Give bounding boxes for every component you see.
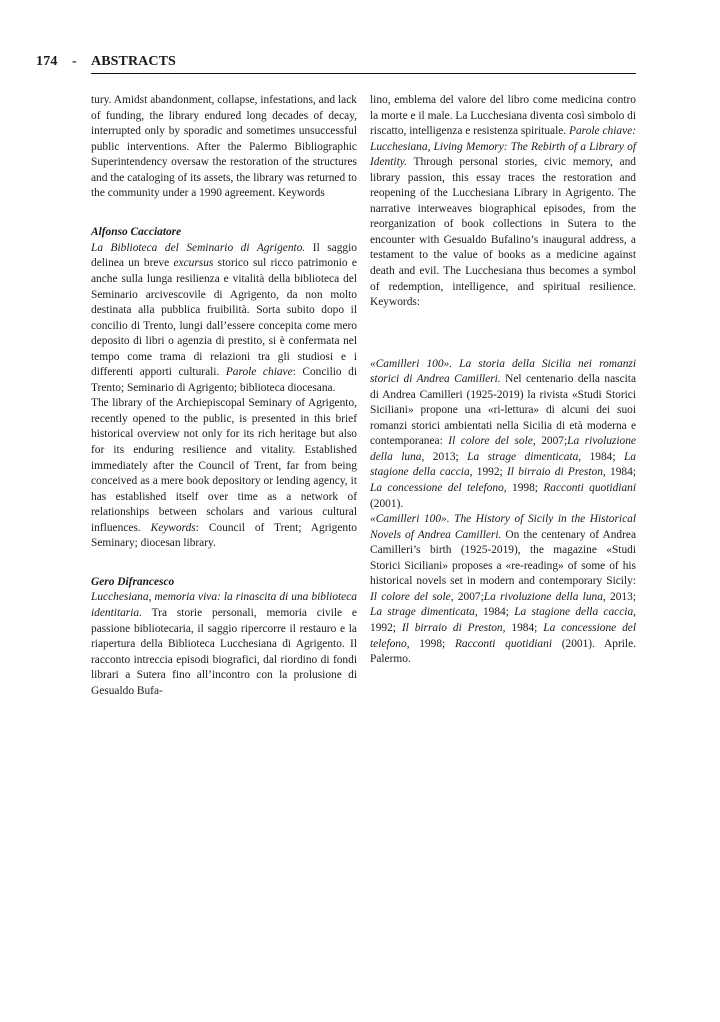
- continuation-paragraph: tury. Amidst abandonment, collapse, infe…: [91, 93, 357, 202]
- work-title: La strage dimenticata: [370, 606, 475, 618]
- author-cacciatore: Alfonso Cacciatore: [91, 226, 181, 238]
- work-year: , 2013;: [603, 591, 636, 603]
- author-name: Gero Difrancesco: [91, 575, 357, 591]
- keywords-label: Parole chiave: [226, 366, 293, 378]
- right-column: lino, emblema del valore del libro come …: [370, 93, 636, 668]
- section-title: ABSTRACTS: [91, 54, 176, 70]
- abstract-it-camilleri: «Camilleri 100». La storia della Sicilia…: [370, 357, 636, 512]
- work-year: , 2007;: [533, 435, 567, 447]
- work-title: La rivoluzione della luna: [484, 591, 603, 603]
- article-title: La Biblioteca del Seminario di Agrigento…: [91, 242, 305, 254]
- abstract-en-camilleri: «Camilleri 100». The History of Sicily i…: [370, 512, 636, 667]
- emphasis: excursus: [174, 257, 214, 269]
- header-separator: -: [72, 54, 77, 70]
- work-title: La concessione del telefono: [370, 482, 504, 494]
- abstract-text: The library of the Archiepiscopal Semina…: [91, 397, 357, 533]
- work-title: Il birraio di Preston: [507, 466, 603, 478]
- work-year: , 1984;: [578, 451, 624, 463]
- header-rule: [91, 73, 636, 74]
- work-year: , 1984;: [475, 606, 514, 618]
- author-difrancesco: Gero Difrancesco: [91, 576, 174, 588]
- spacer: [91, 217, 357, 225]
- work-year: , 1998;: [504, 482, 544, 494]
- abstract-en-cacciatore: The library of the Archiepiscopal Semina…: [91, 396, 357, 551]
- work-year: , 2007;: [451, 591, 484, 603]
- abstract-difrancesco-continued: lino, emblema del valore del libro come …: [370, 93, 636, 311]
- page-number: 174: [36, 54, 58, 70]
- work-title: La strage dimenticata: [467, 451, 578, 463]
- abstract-text: Through personal stories, civic memory, …: [370, 156, 636, 308]
- work-year: , 1992;: [470, 466, 507, 478]
- spacer: [91, 202, 357, 218]
- abstract-text: Tra storie personali, memoria civile e p…: [91, 607, 357, 697]
- keywords-label: Keywords: [151, 522, 196, 534]
- work-title: Il birraio di Preston: [402, 622, 503, 634]
- spacer: [91, 552, 357, 575]
- abstract-text: storico sul ricco patrimonio e anche sul…: [91, 257, 357, 378]
- author-name: Alfonso Cacciatore: [91, 225, 357, 241]
- work-title: Il colore del sole: [448, 435, 533, 447]
- abstract-it-cacciatore: La Biblioteca del Seminario di Agrigento…: [91, 241, 357, 396]
- spacer: [370, 311, 636, 357]
- work-year: , 2013;: [421, 451, 467, 463]
- work-year: , 1998;: [407, 638, 455, 650]
- work-title: Racconti quotidiani: [543, 482, 636, 494]
- work-title: La stagione della caccia: [514, 606, 633, 618]
- abstract-it-difrancesco: Lucchesiana, memoria viva: la rinascita …: [91, 590, 357, 699]
- work-year: (2001).: [370, 498, 403, 510]
- keywords-label: Parole chiave:: [569, 125, 636, 137]
- work-title: Racconti quotidiani: [455, 638, 552, 650]
- work-year: , 1984;: [503, 622, 544, 634]
- work-year: (2001).: [552, 638, 595, 650]
- work-year: , 1984;: [603, 466, 636, 478]
- work-title: Il colore del sole: [370, 591, 451, 603]
- left-column: tury. Amidst abandonment, collapse, infe…: [91, 93, 357, 699]
